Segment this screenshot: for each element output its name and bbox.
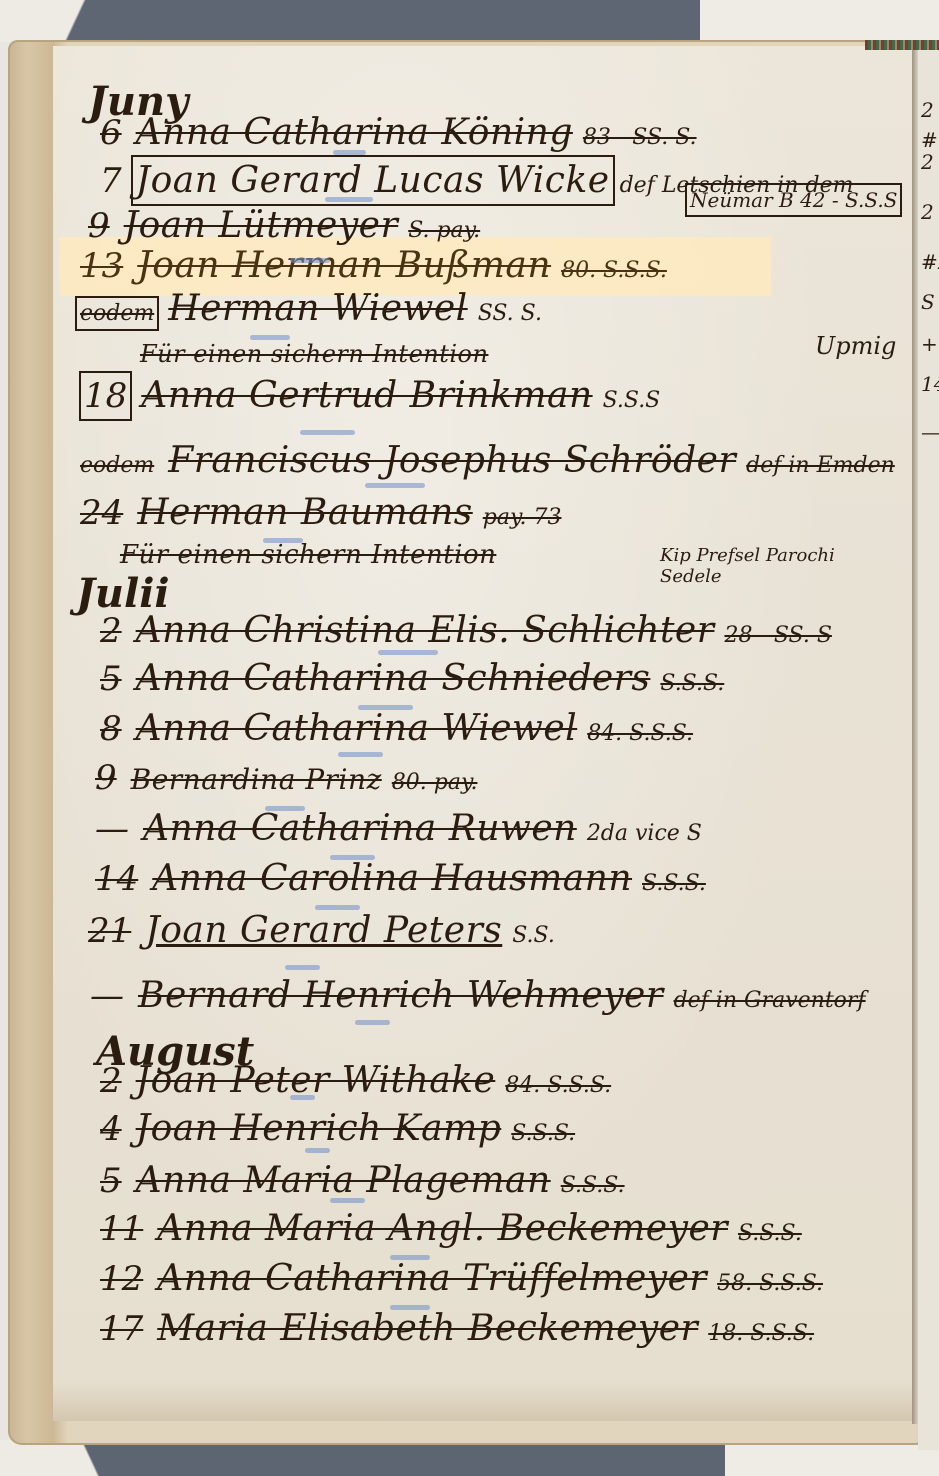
register-entry: —Bernard Henrich Wehmeyerdef in Gravento… [90,975,866,1016]
register-entry: 14Anna Carolina HausmannS.S.S. [95,858,706,899]
entry-note: 28 - SS. S [724,623,831,648]
entry-note: Kip Prefsel Parochi Sedele [660,545,900,587]
entry-note: 84. S.S.S. [505,1073,611,1098]
entry-note: S.S.S [603,388,661,413]
entry-name: Bernard Henrich Wehmeyer [138,975,664,1016]
blue-pencil-mark [250,335,290,340]
entry-date: — [95,809,129,849]
entry-date: 21 [88,911,131,951]
entry-note: S.S.S. [511,1121,575,1146]
blue-pencil-mark [315,905,360,910]
entry-name: Anna Catharina Ruwen [143,808,577,849]
blue-pencil-mark [390,1305,430,1310]
register-entry: —Anna Catharina Ruwen2da vice S [95,808,702,849]
entry-note: def in Graventorf [674,988,866,1013]
entry-note: S.S. [512,923,555,948]
entry-name: Anna Maria Angl. Beckemeyer [157,1208,728,1249]
blue-pencil-mark [358,705,413,710]
entry-name: Anna Christina Elis. Schlichter [136,610,715,651]
register-entry: 9Joan LütmeyerS. pay. [88,205,480,246]
entry-name: Anna Gertrud Brinkman [141,375,592,416]
entry-name: Joan Gerard Peters [145,910,502,951]
register-entry: 9Bernardina Prinz80. pay. [95,758,477,798]
register-entry: 6Anna Catharina Köning83 - SS. S. [100,112,697,153]
entry-name: Joan Gerard Lucas Wicke [136,160,610,201]
entry-note: pay. 73 [483,505,562,530]
entry-date: 24 [80,493,123,533]
entry-date: eodem [80,301,154,326]
entry-date: 14 [95,859,138,899]
entry-date: 17 [100,1309,143,1349]
blue-pencil-mark [330,1198,365,1203]
entry-name: Für einen sichern Intention [140,340,488,368]
blue-pencil-mark [365,483,425,488]
entry-name: Joan Peter Withake [136,1060,496,1101]
blue-pencil-mark [378,650,438,655]
register-entry: 5Anna Maria PlagemanS.S.S. [100,1160,625,1201]
register-entry: Für einen sichern Intention [140,340,488,368]
register-entry: 8Anna Catharina Wiewel84. S.S.S. [100,708,693,749]
blue-pencil-mark [325,197,373,202]
blue-pencil-mark [300,430,355,435]
entry-note: Upmig [815,332,896,360]
register-entry: 17Maria Elisabeth Beckemeyer18. S.S.S. [100,1308,814,1349]
entry-name: Joan Lütmeyer [124,205,399,246]
blue-pencil-mark [263,538,303,543]
blue-pencil-mark [333,150,366,155]
register-entry: eodemHerman WiewelSS. S. [80,288,542,329]
entry-name: Herman Baumans [137,492,473,533]
entry-note: 80. S.S.S. [561,258,667,283]
blue-pencil-mark [305,1148,330,1153]
register-entry: Für einen sichern Intention [120,540,496,570]
entry-note: SS. S. [478,301,542,326]
register-entry: 12Anna Catharina Trüffelmeyer58. S.S.S. [100,1258,823,1299]
entry-note: 80. pay. [392,770,478,795]
entry-name: Anna Catharina Trüffelmeyer [157,1258,707,1299]
backdrop-bottom [0,1440,939,1476]
entry-name: Anna Maria Plageman [136,1160,551,1201]
adjacent-margin-mark: #2 [921,250,939,274]
register-entry: 2Anna Christina Elis. Schlichter28 - SS.… [100,610,832,651]
entry-note-continuation: Neümar B 42 - S.S.S [690,188,897,212]
entry-date: 2 [100,1061,122,1101]
register-entry: 5Anna Catharina SchniedersS.S.S. [100,658,724,699]
entry-name: Maria Elisabeth Beckemeyer [157,1308,698,1349]
book-headband [865,40,939,50]
entry-name: Anna Catharina Köning [136,112,573,153]
entry-date: 9 [88,206,110,246]
entry-name: Anna Catharina Wiewel [136,708,578,749]
adjacent-margin-mark: 2 [921,200,934,224]
entry-note: S. pay. [408,218,480,243]
entry-name: Bernardina Prinz [131,763,382,796]
blue-pencil-mark [290,1095,315,1100]
entry-name: Franciscus Josephus Schröder [168,440,736,481]
entry-date: — [90,976,124,1016]
backdrop-top [0,0,939,42]
entry-note: S.S.S. [642,871,706,896]
entry-name: Herman Wiewel [168,288,467,329]
entry-note: S.S.S. [660,671,724,696]
entry-date: 12 [100,1259,143,1299]
entry-note: 84. S.S.S. [587,721,693,746]
entry-date: 6 [100,113,122,153]
entry-note: 83 - SS. S. [583,125,697,150]
register-entry: eodemFranciscus Josephus Schröderdef in … [80,440,895,481]
blue-pencil-mark [338,752,383,757]
register-entry-highlighted: 13Joan Herman Bußman80. S.S.S. [80,245,667,286]
blue-pencil-mark [355,1020,390,1025]
blue-pencil-mark [265,806,305,811]
entry-date: 7 [100,161,122,201]
blue-pencil-mark [285,965,320,970]
entry-name: Anna Carolina Hausmann [152,858,632,899]
entry-note: 18. S.S.S. [708,1321,814,1346]
register-entry: 24Herman Baumanspay. 73 [80,492,561,533]
entry-note: S.S.S. [738,1221,802,1246]
entry-date: 5 [100,659,122,699]
entry-date: 2 [100,611,122,651]
entry-name: Joan Herman Bußman [137,245,551,286]
register-entry: 11Anna Maria Angl. BeckemeyerS.S.S. [100,1208,802,1249]
adjacent-margin-mark: 14 [921,372,939,396]
register-entry: 4Joan Henrich KampS.S.S. [100,1108,575,1149]
adjacent-margin-mark: 2 [921,98,934,122]
blue-pencil-mark [390,1255,430,1260]
adjacent-margin-mark: — [921,420,939,444]
entry-date: eodem [80,453,154,478]
entry-date: 4 [100,1109,122,1149]
blue-pencil-mark [330,855,375,860]
entry-date: 8 [100,709,122,749]
adjacent-margin-mark: 2 [921,150,934,174]
entry-date: 9 [95,758,117,798]
entry-note: 2da vice S [587,821,702,846]
entry-note: 58. S.S.S. [717,1271,823,1296]
register-entry: 21Joan Gerard PetersS.S. [88,910,555,951]
entry-date: 13 [80,246,123,286]
entry-name: Anna Catharina Schnieders [136,658,651,699]
entry-name: Für einen sichern Intention [120,540,496,570]
adjacent-margin-mark: # [921,128,938,152]
entry-note: S.S.S. [561,1173,625,1198]
adjacent-margin-mark: S [921,290,935,314]
entry-date: 11 [100,1209,143,1249]
adjacent-margin-mark: + [921,332,938,356]
register-entry: 18Anna Gertrud BrinkmanS.S.S [84,375,660,416]
register-entry: 2Joan Peter Withake84. S.S.S. [100,1060,611,1101]
entry-note: def in Emden [746,453,895,478]
entry-date: 5 [100,1161,122,1201]
entry-name: Joan Henrich Kamp [136,1108,502,1149]
entry-date: 18 [84,376,127,416]
blue-pencil-mark [290,258,330,263]
